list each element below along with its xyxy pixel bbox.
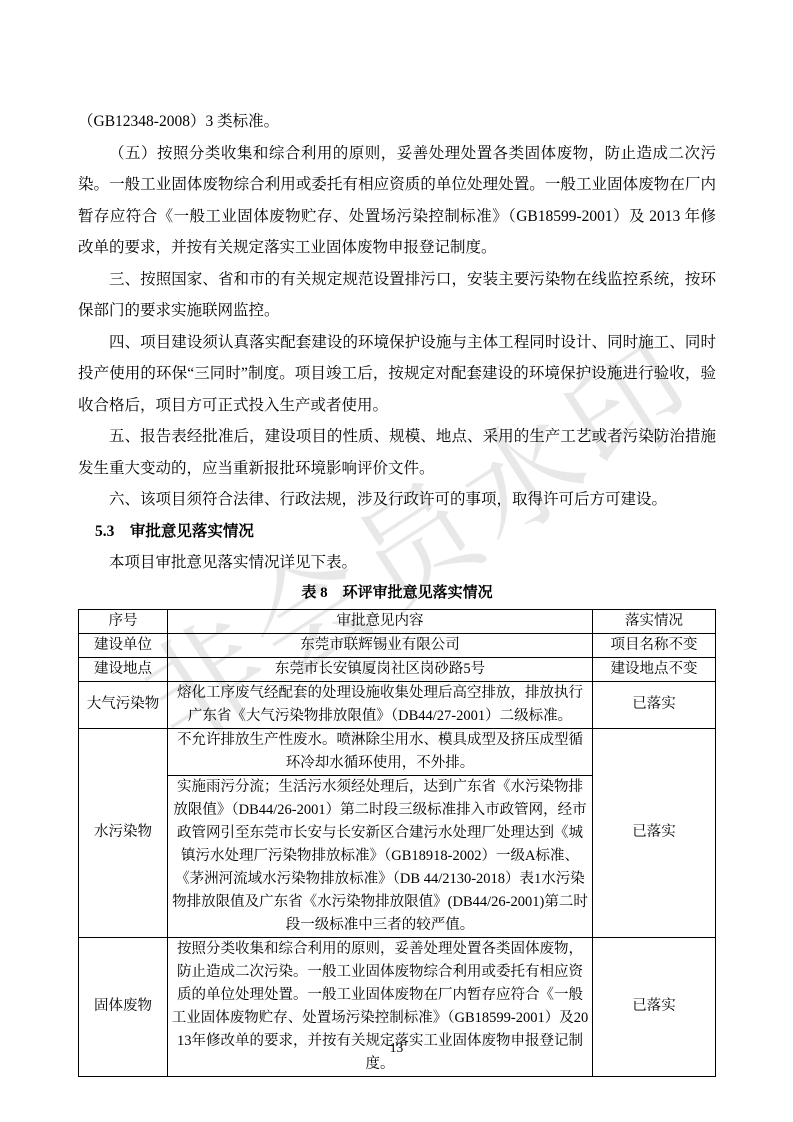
header-cell-content: 审批意见内容 <box>168 609 593 633</box>
table-row: 水污染物 不允许排放生产性废水。喷淋除尘用水、模具成型及挤压成型循环冷却水循环使… <box>79 728 716 775</box>
table-intro-text: 本项目审批意见落实情况详见下表。 <box>78 547 716 579</box>
paragraph-item-3-outlets: 三、按照国家、省和市的有关规定规范设置排污口，安装主要污染物在线监控系统，按环保… <box>78 264 716 327</box>
table-header-row: 序号 审批意见内容 落实情况 <box>79 609 716 633</box>
paragraph-item-5-solid-waste: （五）按照分类收集和综合利用的原则，妥善处理处置各类固体废物，防止造成二次污染。… <box>78 138 716 264</box>
row-content-bottom: 实施雨污分流；生活污水须经处理后，达到广东省《水污染物排放限值》（DB44/26… <box>168 775 593 937</box>
row-status: 建设地点不变 <box>593 657 716 681</box>
row-status: 项目名称不变 <box>593 633 716 657</box>
table-row: 大气污染物 熔化工序废气经配套的处理设施收集处理后高空排放，排放执行广东省《大气… <box>79 681 716 728</box>
table-row: 建设地点 东莞市长安镇厦岗社区岗砂路5号 建设地点不变 <box>79 657 716 681</box>
paragraph-item-5-major-change: 五、报告表经批准后，建设项目的性质、规模、地点、采用的生产工艺或者污染防治措施发… <box>78 421 716 484</box>
paragraph-gb-standard: （GB12348-2008）3 类标准。 <box>78 106 716 138</box>
row-content-top: 不允许排放生产性废水。喷淋除尘用水、模具成型及挤压成型循环冷却水循环使用，不外排… <box>168 728 593 775</box>
row-status: 已落实 <box>593 728 716 937</box>
row-content: 东莞市长安镇厦岗社区岗砂路5号 <box>168 657 593 681</box>
row-label: 水污染物 <box>79 728 168 937</box>
paragraph-item-4-three-simultaneous: 四、项目建设须认真落实配套建设的环境保护设施与主体工程同时设计、同时施工、同时投… <box>78 327 716 422</box>
row-label: 大气污染物 <box>79 681 168 728</box>
header-cell-no: 序号 <box>79 609 168 633</box>
page-number: 13 <box>0 1040 793 1056</box>
header-cell-status: 落实情况 <box>593 609 716 633</box>
document-page: 非会员水印 （GB12348-2008）3 类标准。 （五）按照分类收集和综合利… <box>0 0 793 1122</box>
row-label: 建设单位 <box>79 633 168 657</box>
document-content: （GB12348-2008）3 类标准。 （五）按照分类收集和综合利用的原则，妥… <box>78 106 716 1077</box>
paragraph-item-6-legal: 六、该项目须符合法律、行政法规，涉及行政许可的事项，取得许可后方可建设。 <box>78 484 716 516</box>
table-row: 建设单位 东莞市联辉锡业有限公司 项目名称不变 <box>79 633 716 657</box>
row-label: 建设地点 <box>79 657 168 681</box>
section-heading-5-3: 5.3 审批意见落实情况 <box>78 516 716 548</box>
row-status: 已落实 <box>593 681 716 728</box>
row-content: 东莞市联辉锡业有限公司 <box>168 633 593 657</box>
table-caption: 表 8 环评审批意见落实情况 <box>78 579 716 607</box>
row-content: 熔化工序废气经配套的处理设施收集处理后高空排放，排放执行广东省《大气污染物排放限… <box>168 681 593 728</box>
approval-implementation-table: 序号 审批意见内容 落实情况 建设单位 东莞市联辉锡业有限公司 项目名称不变 建… <box>78 609 716 1077</box>
